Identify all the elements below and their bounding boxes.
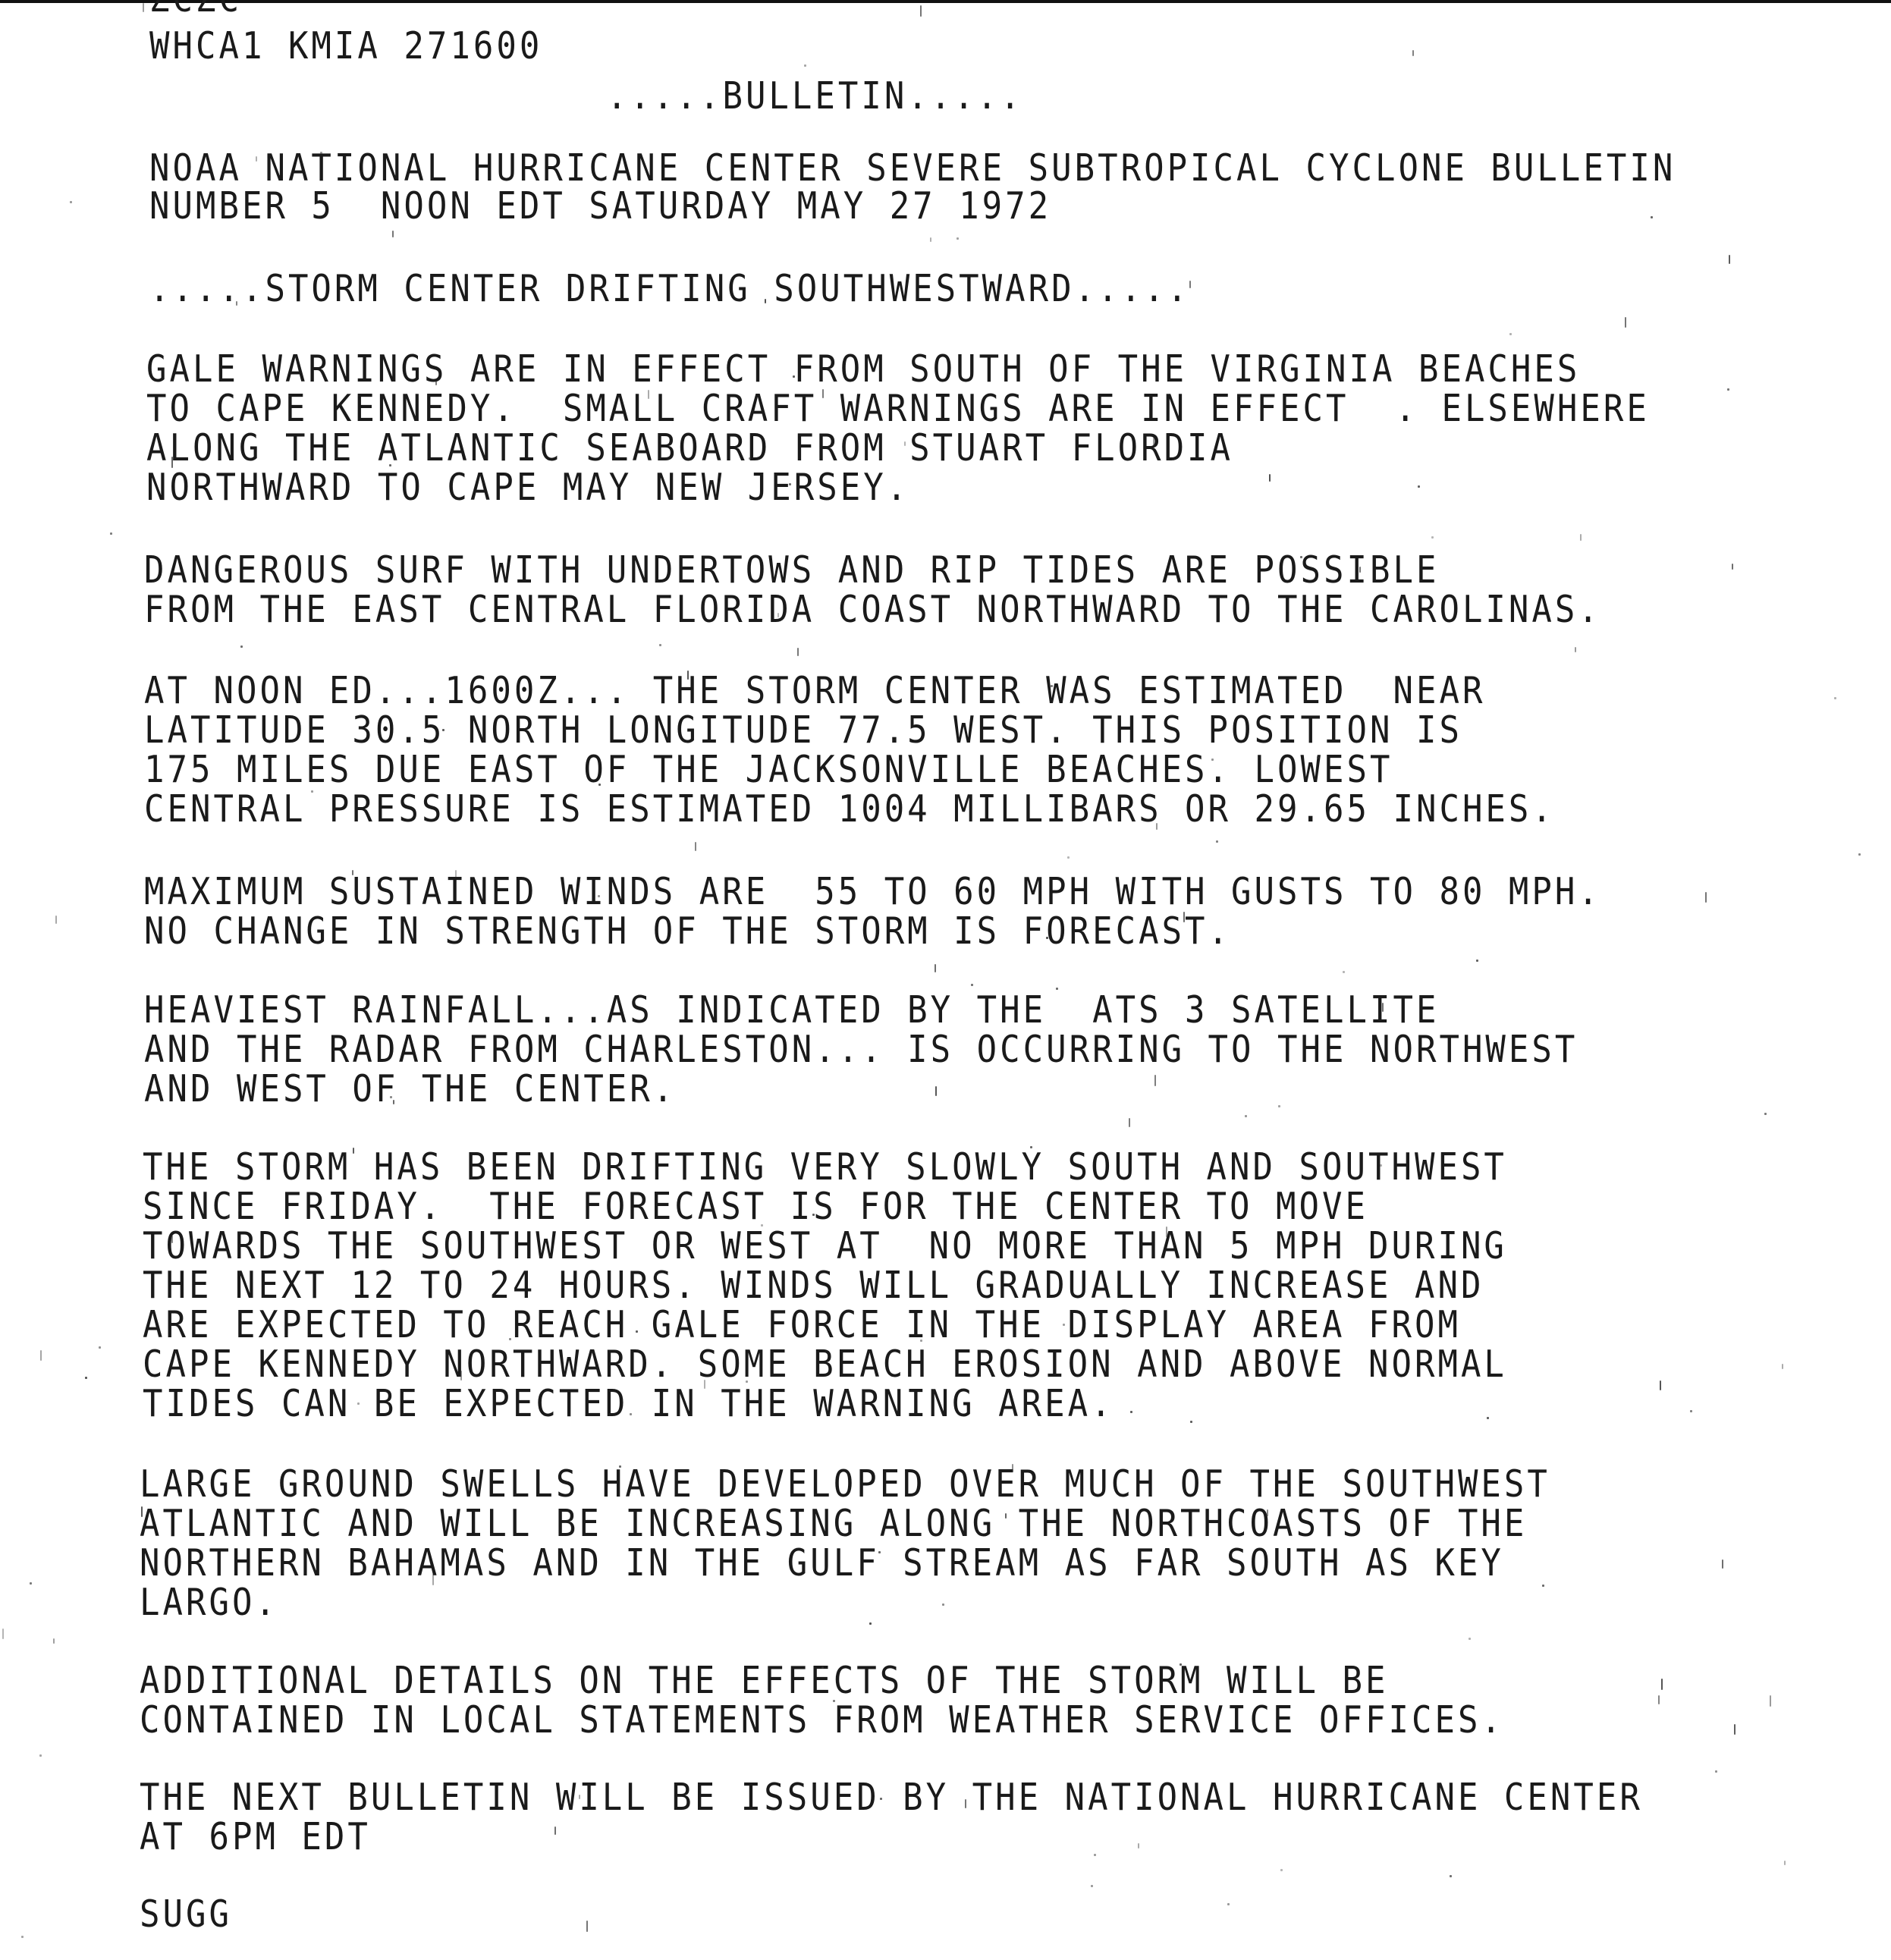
noise-speck <box>1727 388 1729 391</box>
noise-speck <box>1183 912 1185 922</box>
noise-speck <box>141 1506 143 1517</box>
paragraph-line: ARE EXPECTED TO REACH GALE FORCE IN THE … <box>143 1303 1461 1347</box>
noise-speck <box>956 237 959 240</box>
noise-speck <box>1450 1875 1452 1877</box>
noise-speck <box>1858 853 1861 856</box>
noise-speck <box>39 1754 42 1757</box>
bulletin-title: .....BULLETIN..... <box>607 74 1023 118</box>
noise-speck <box>1834 697 1836 699</box>
noise-speck <box>1705 892 1707 903</box>
noise-speck <box>85 1377 87 1379</box>
noise-speck <box>869 1622 872 1625</box>
noise-speck <box>695 842 696 851</box>
noise-speck <box>920 1340 922 1342</box>
paragraph-line: THE STORM HAS BEEN DRIFTING VERY SLOWLY … <box>143 1145 1507 1189</box>
noise-speck <box>1094 1854 1096 1856</box>
noise-speck <box>1280 1869 1283 1871</box>
noise-speck <box>1180 1663 1182 1666</box>
noise-speck <box>1382 1003 1384 1012</box>
noise-speck <box>878 1551 881 1553</box>
noise-speck <box>793 375 795 378</box>
paragraph-line: 175 MILES DUE EAST OF THE JACKSONVILLE B… <box>144 748 1393 792</box>
paragraph-line: TO CAPE KENNEDY. SMALL CRAFT WARNINGS AR… <box>146 387 1650 431</box>
noise-speck <box>240 645 243 648</box>
noise-speck <box>1211 759 1214 761</box>
noise-speck <box>352 870 353 875</box>
noise-speck <box>30 1582 32 1585</box>
transmission-code: ZCZC <box>149 0 242 21</box>
noise-speck <box>1658 1695 1660 1704</box>
noise-speck <box>965 1799 966 1808</box>
noise-speck <box>1005 1513 1007 1519</box>
noise-speck <box>389 464 391 466</box>
noise-speck <box>1012 1464 1013 1472</box>
noise-speck <box>1030 1146 1032 1148</box>
noise-speck <box>21 1936 24 1938</box>
noise-speck <box>930 237 931 242</box>
noise-speck <box>171 1236 173 1243</box>
paragraph-line: AND THE RADAR FROM CHARLESTON... IS OCCU… <box>144 1028 1578 1072</box>
noise-speck <box>1690 1410 1692 1412</box>
noise-speck <box>942 1603 944 1606</box>
noise-speck <box>920 5 922 17</box>
noise-speck <box>390 1096 392 1098</box>
noise-speck <box>1509 333 1512 335</box>
noise-speck <box>1154 1075 1156 1086</box>
noise-speck <box>749 457 751 460</box>
noise-speck <box>822 389 824 398</box>
signature: SUGG <box>140 1892 232 1936</box>
intro-line: NUMBER 5 NOON EDT SATURDAY MAY 27 1972 <box>149 184 1051 228</box>
noise-speck <box>619 1465 621 1468</box>
noise-speck <box>935 964 936 972</box>
noise-speck <box>746 1380 748 1383</box>
noise-speck <box>1267 1509 1268 1516</box>
noise-speck <box>1418 485 1420 488</box>
noise-speck <box>1216 840 1218 843</box>
noise-speck <box>1190 1421 1192 1423</box>
noise-speck <box>1278 1105 1280 1107</box>
noise-speck <box>357 1402 360 1405</box>
noise-speck <box>1715 1770 1717 1773</box>
noise-speck <box>110 532 112 535</box>
noise-speck <box>432 1574 434 1585</box>
noise-speck <box>40 1350 42 1361</box>
bulletin-page: ZCZC WHCA1 KMIA 271600 .....BULLETIN....… <box>0 0 1891 1960</box>
noise-speck <box>1343 971 1345 973</box>
noise-speck <box>636 1330 638 1333</box>
noise-speck <box>143 3 144 12</box>
noise-speck <box>1130 1411 1132 1413</box>
paragraph-line: THE NEXT 12 TO 24 HOURS. WINDS WILL GRAD… <box>143 1264 1484 1308</box>
noise-speck <box>1166 1227 1167 1237</box>
paragraph-line: DANGEROUS SURF WITH UNDERTOWS AND RIP TI… <box>144 548 1439 592</box>
paragraph-line: TOWARDS THE SOUTHWEST OR WEST AT NO MORE… <box>143 1224 1507 1268</box>
paragraph-line: LARGO. <box>140 1581 278 1625</box>
noise-speck <box>1476 960 1478 962</box>
noise-speck <box>311 790 313 793</box>
noise-speck <box>1661 1679 1663 1690</box>
paragraph-line: LARGE GROUND SWELLS HAVE DEVELOPED OVER … <box>140 1462 1550 1506</box>
noise-speck <box>227 1216 229 1218</box>
paragraph-line: CONTAINED IN LOCAL STATEMENTS FROM WEATH… <box>140 1698 1504 1742</box>
noise-speck <box>353 1148 354 1154</box>
noise-speck <box>1431 536 1434 539</box>
noise-speck <box>1625 317 1626 328</box>
noise-speck <box>1056 988 1058 990</box>
noise-speck <box>1317 756 1319 759</box>
noise-speck <box>1487 1417 1489 1419</box>
noise-speck <box>761 1224 763 1227</box>
noise-speck <box>1729 255 1730 264</box>
paragraph-line: AND WEST OF THE CENTER. <box>144 1067 676 1111</box>
noise-speck <box>1732 564 1733 570</box>
noise-speck <box>55 916 57 924</box>
noise-speck <box>904 441 906 446</box>
noise-speck <box>777 613 779 617</box>
noise-speck <box>833 1700 835 1702</box>
noise-speck <box>704 1380 705 1389</box>
noise-speck <box>320 152 322 154</box>
noise-speck <box>1359 567 1361 573</box>
noise-speck <box>1784 1861 1786 1865</box>
paragraph-line: TIDES CAN BE EXPECTED IN THE WARNING ARE… <box>143 1382 1114 1426</box>
paragraph-line: NORTHERN BAHAMAS AND IN THE GULF STREAM … <box>140 1541 1504 1585</box>
noise-speck <box>99 1346 101 1349</box>
noise-speck <box>1287 1239 1289 1242</box>
noise-speck <box>1660 1380 1661 1390</box>
noise-speck <box>1542 1585 1544 1587</box>
noise-speck <box>53 1638 55 1644</box>
paragraph-line: AT NOON ED...1600Z... THE STORM CENTER W… <box>144 669 1485 713</box>
noise-speck <box>171 457 173 468</box>
paragraph-line: LATITUDE 30.5 NORTH LONGITUDE 77.5 WEST.… <box>144 708 1462 752</box>
noise-speck <box>1734 1724 1736 1735</box>
noise-speck <box>821 1666 824 1669</box>
noise-speck <box>586 1921 588 1932</box>
noise-speck <box>70 201 72 203</box>
paragraph-line: SINCE FRIDAY. THE FORECAST IS FOR THE CE… <box>143 1185 1368 1229</box>
noise-speck <box>687 671 689 680</box>
noise-speck <box>393 1100 394 1104</box>
noise-speck <box>442 729 444 731</box>
noise-speck <box>460 1371 462 1380</box>
noise-speck <box>1651 216 1653 218</box>
noise-speck <box>935 1086 937 1096</box>
noise-speck <box>579 1795 580 1799</box>
noise-speck <box>880 1798 882 1800</box>
paragraph-line: ADDITIONAL DETAILS ON THE EFFECTS OF THE… <box>140 1659 1388 1703</box>
noise-speck <box>1380 1164 1382 1167</box>
noise-speck <box>598 784 601 786</box>
noise-speck <box>1240 1569 1242 1571</box>
noise-speck <box>1091 1885 1093 1887</box>
noise-speck <box>256 156 257 162</box>
noise-speck <box>812 1214 815 1216</box>
noise-speck <box>1051 685 1053 687</box>
noise-speck <box>1770 1695 1771 1707</box>
paragraph-line: FROM THE EAST CENTRAL FLORIDA COAST NORT… <box>144 588 1601 632</box>
noise-speck <box>1189 281 1191 288</box>
paragraph-line: NORTHWARD TO CAPE MAY NEW JERSEY. <box>146 466 909 510</box>
noise-speck <box>392 231 394 237</box>
noise-speck <box>1764 1113 1767 1115</box>
headline: .....STORM CENTER DRIFTING SOUTHWESTWARD… <box>149 267 1190 311</box>
noise-speck <box>435 381 437 385</box>
noise-speck <box>1067 856 1070 859</box>
noise-speck <box>1227 1903 1230 1905</box>
noise-speck <box>1156 823 1158 830</box>
paragraph-line: ALONG THE ATLANTIC SEABOARD FROM STUART … <box>146 426 1233 470</box>
noise-speck <box>1722 1560 1723 1569</box>
noise-speck <box>2 1629 4 1639</box>
noise-speck <box>1412 50 1414 56</box>
noise-speck <box>804 64 806 67</box>
paragraph-line: NO CHANGE IN STRENGTH OF THE STORM IS FO… <box>144 909 1231 953</box>
paragraph-line: CAPE KENNEDY NORTHWARD. SOME BEACH EROSI… <box>143 1343 1507 1387</box>
noise-speck <box>598 895 600 897</box>
paragraph-line: AT 6PM EDT <box>140 1815 371 1859</box>
noise-speck <box>1300 556 1302 558</box>
noise-speck <box>1782 1364 1783 1369</box>
noise-speck <box>1063 1324 1065 1326</box>
noise-speck <box>630 1413 632 1415</box>
noise-speck <box>236 301 237 306</box>
noise-speck <box>659 644 661 646</box>
noise-speck <box>1469 1638 1471 1640</box>
noise-speck <box>765 299 766 303</box>
bulletin-header-id: WHCA1 KMIA 271600 <box>149 24 542 68</box>
noise-speck <box>1129 1118 1130 1127</box>
paragraph-line: ATLANTIC AND WILL BE INCREASING ALONG TH… <box>140 1502 1527 1546</box>
paragraph-line: CENTRAL PRESSURE IS ESTIMATED 1004 MILLI… <box>144 787 1555 831</box>
noise-speck <box>1245 1115 1247 1117</box>
noise-speck <box>789 483 791 485</box>
noise-speck <box>797 648 799 656</box>
paragraph-line: GALE WARNINGS ARE IN EFFECT FROM SOUTH O… <box>146 347 1580 391</box>
noise-speck <box>648 390 649 399</box>
paragraph-line: MAXIMUM SUSTAINED WINDS ARE 55 TO 60 MPH… <box>144 870 1601 914</box>
noise-speck <box>509 1338 511 1340</box>
paragraph-line: HEAVIEST RAINFALL...AS INDICATED BY THE … <box>144 988 1439 1032</box>
noise-speck <box>455 870 457 878</box>
noise-speck <box>1138 1843 1139 1848</box>
paragraph-line: THE NEXT BULLETIN WILL BE ISSUED BY THE … <box>140 1776 1643 1820</box>
noise-speck <box>1153 438 1154 446</box>
noise-speck <box>1575 647 1576 652</box>
noise-speck <box>1269 474 1271 482</box>
noise-speck <box>1580 534 1582 541</box>
noise-speck <box>971 984 973 986</box>
noise-speck <box>554 1827 556 1835</box>
noise-speck <box>1046 937 1048 939</box>
